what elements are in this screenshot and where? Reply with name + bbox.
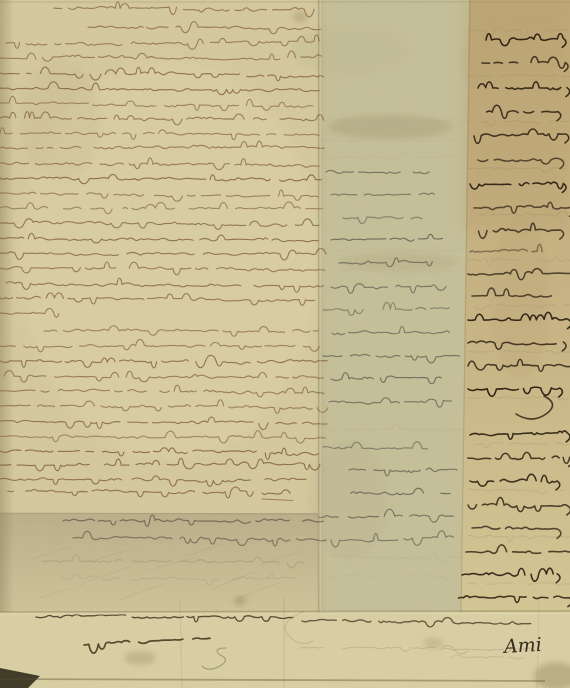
manuscript-art: Ami bbox=[0, 0, 570, 688]
manuscript-photo: Ami bbox=[0, 0, 570, 688]
paper-grain-overlay bbox=[0, 0, 570, 688]
